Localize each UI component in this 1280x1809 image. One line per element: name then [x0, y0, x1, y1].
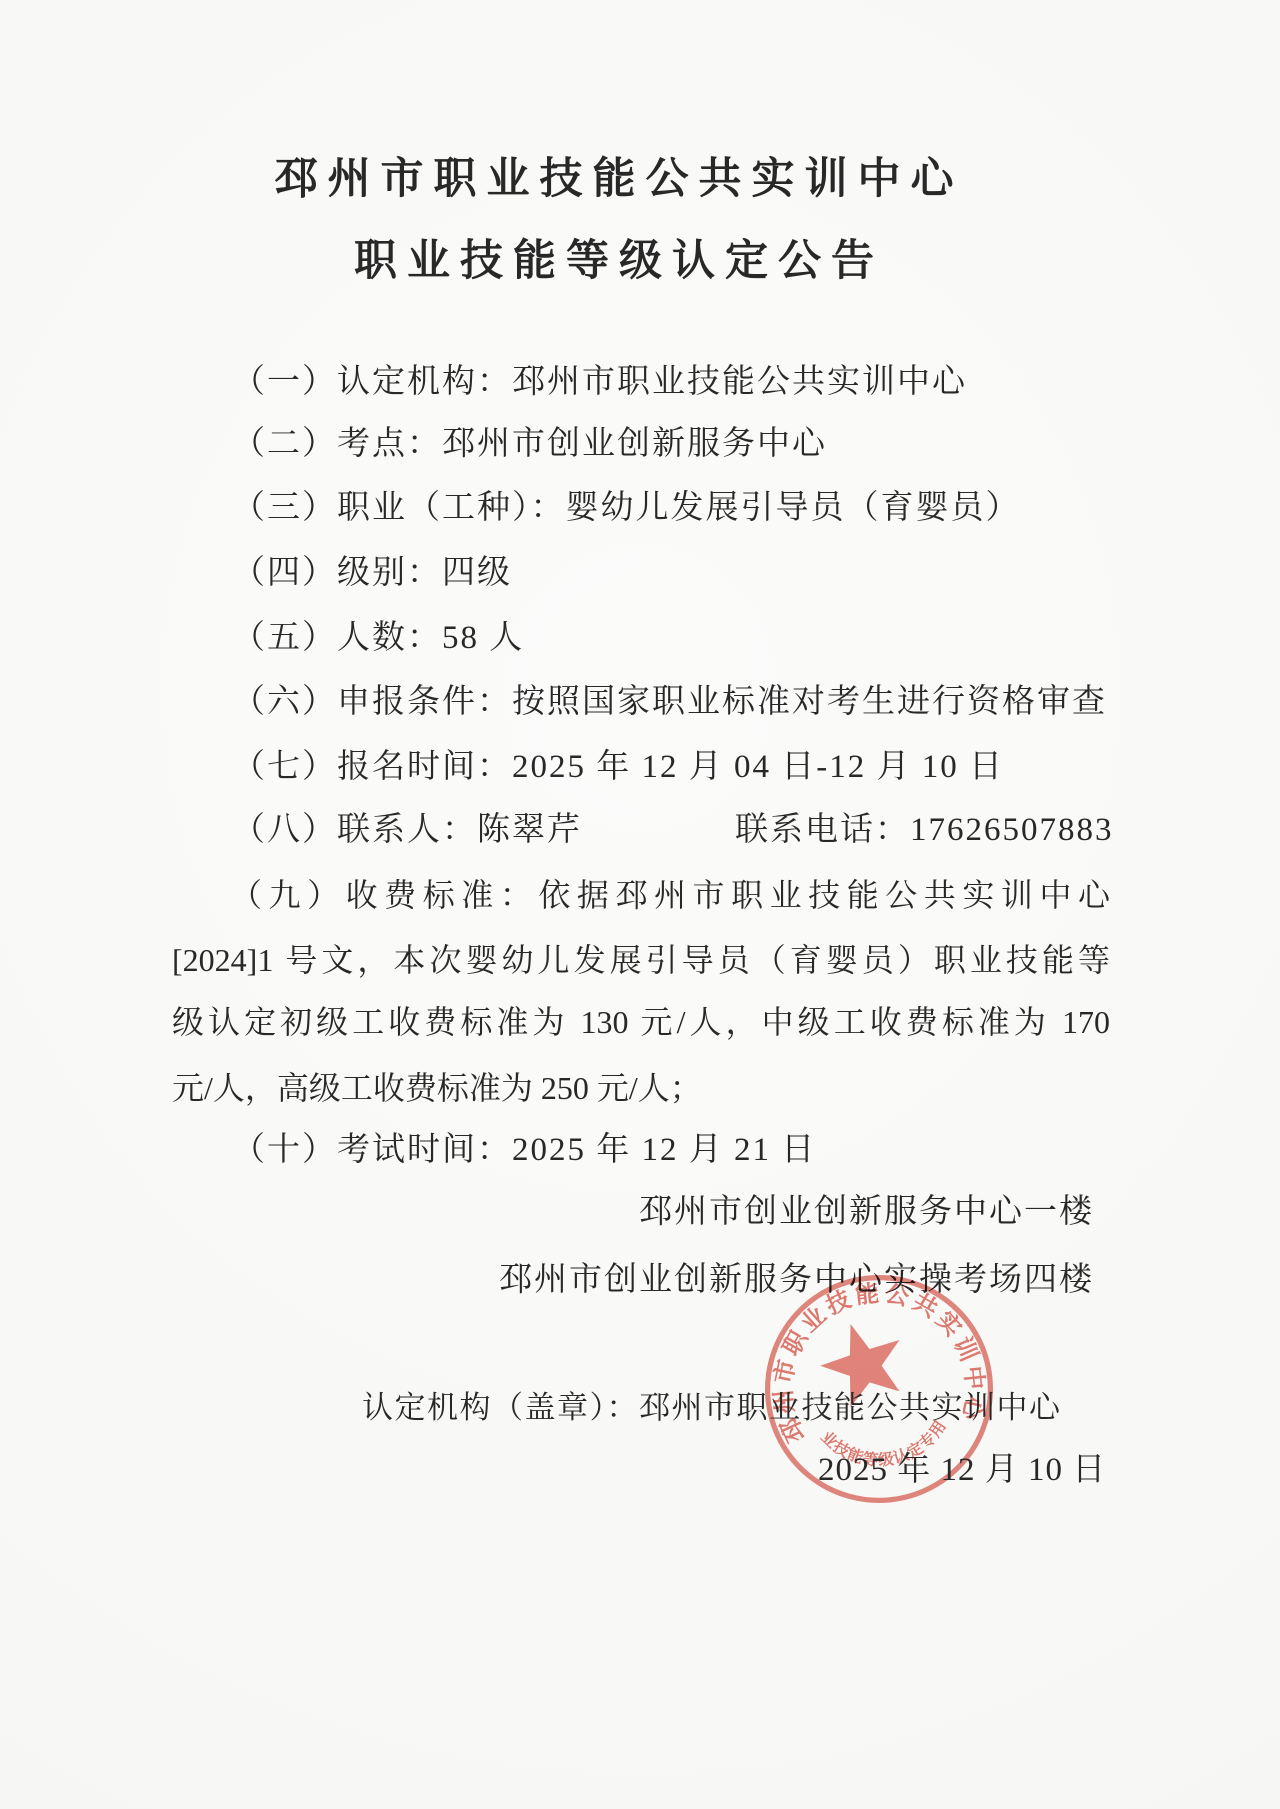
item-6-application-requirements: （六）申报条件：按照国家职业标准对考生进行资格审查 [232, 670, 1107, 734]
exam-location-floor1: 邳州市创业创新服务中心一楼 [639, 1180, 1094, 1244]
document-title-line1: 邳州市职业技能公共实训中心 [0, 148, 1238, 212]
item-9-fees-line1: （九）收费标准：依据邳州市职业技能公共实训中心 [172, 863, 1110, 927]
item-8-contact-row: （八）联系人：陈翠芹 联系电话：17626507883 [232, 798, 582, 862]
document-title-line2: 职业技能等级认定公告 [0, 230, 1238, 294]
item-3-occupation: （三）职业（工种）：婴幼儿发展引导员（育婴员） [232, 476, 1021, 540]
item-2-exam-site: （二）考点：邳州市创业创新服务中心 [232, 412, 827, 476]
item-9-fees-line2: [2024]1 号文，本次婴幼儿发展引导员（育婴员）职业技能等 [172, 928, 1110, 992]
item-9-fees-line3: 级认定初级工收费标准为 130 元/人，中级工收费标准为 170 [172, 990, 1110, 1054]
item-7-registration-period: （七）报名时间：2025 年 12 月 04 日-12 月 10 日 [232, 735, 1004, 799]
item-10-exam-date: （十）考试时间：2025 年 12 月 21 日 [232, 1118, 816, 1182]
item-8-contact-phone: 联系电话：17626507883 [735, 798, 1114, 862]
signature-line: 认定机构（盖章）：邳州市职业技能公共实训中心 [362, 1376, 1062, 1440]
announcement-document: 邳州市职业技能公共实训中心 职业技能等级认定公告 （一）认定机构：邳州市职业技能… [0, 0, 1280, 1809]
item-1-certifying-body: （一）认定机构：邳州市职业技能公共实训中心 [232, 350, 967, 414]
item-9-fees-line4: 元/人，高级工收费标准为 250 元/人； [172, 1056, 702, 1120]
item-5-headcount: （五）人数：58 人 [232, 606, 524, 670]
item-4-level: （四）级别：四级 [232, 541, 512, 605]
item-8-contact-person: （八）联系人：陈翠芹 [232, 812, 582, 848]
document-date: 2025 年 12 月 10 日 [818, 1438, 1106, 1502]
